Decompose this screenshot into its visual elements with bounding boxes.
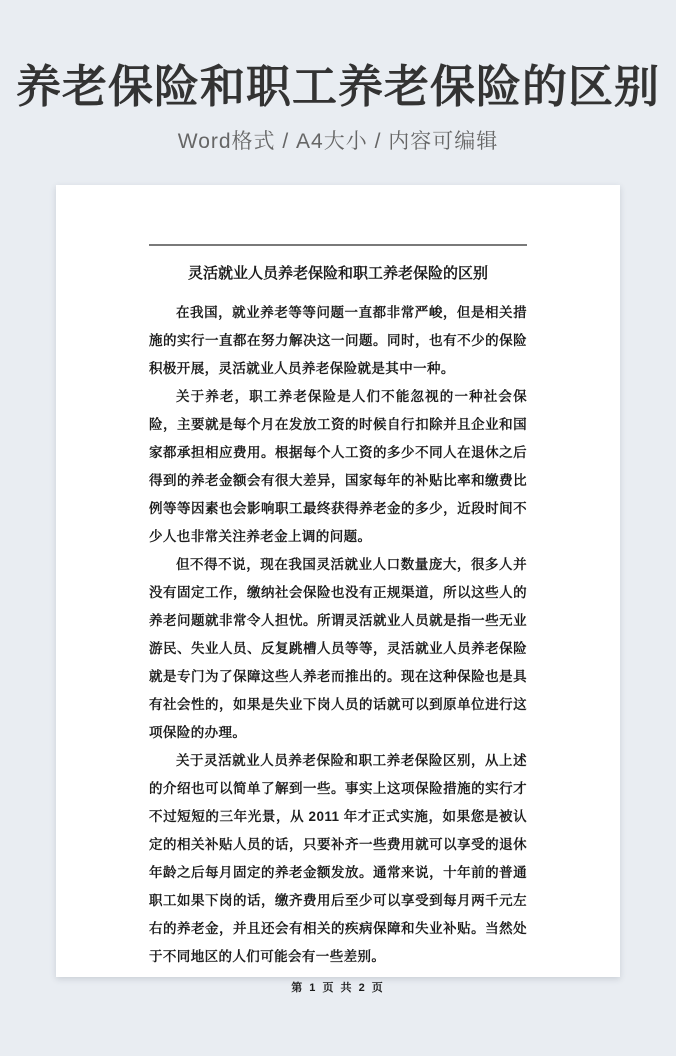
document-title-divider — [149, 244, 527, 246]
doc-paragraph: 在我国，就业养老等等问题一直都非常严峻，但是相关措施的实行一直都在努力解决这一问… — [149, 299, 527, 383]
doc-paragraph: 关于灵活就业人员养老保险和职工养老保险区别，从上述的介绍也可以简单了解到一些。事… — [149, 747, 527, 971]
page-number-footer: 第 1 页 共 2 页 — [149, 979, 527, 995]
template-hero: 养老保险和职工养老保险的区别 Word格式 / A4大小 / 内容可编辑 — [0, 0, 676, 155]
page-title: 养老保险和职工养老保险的区别 — [0, 62, 676, 112]
page-background: { "colors": { "bg": "#e9edf2", "title": … — [0, 0, 676, 1056]
page-subtitle: Word格式 / A4大小 / 内容可编辑 — [0, 125, 676, 155]
document-title: 灵活就业人员养老保险和职工养老保险的区别 — [149, 264, 527, 284]
document-page-preview: 灵活就业人员养老保险和职工养老保险的区别 在我国，就业养老等等问题一直都非常严峻… — [56, 185, 620, 977]
doc-paragraph: 但不得不说，现在我国灵活就业人口数量庞大，很多人并没有固定工作，缴纳社会保险也没… — [149, 551, 527, 747]
doc-paragraph: 关于养老，职工养老保险是人们不能忽视的一种社会保险，主要就是每个月在发放工资的时… — [149, 383, 527, 551]
document-body: 在我国，就业养老等等问题一直都非常严峻，但是相关措施的实行一直都在努力解决这一问… — [149, 299, 527, 971]
